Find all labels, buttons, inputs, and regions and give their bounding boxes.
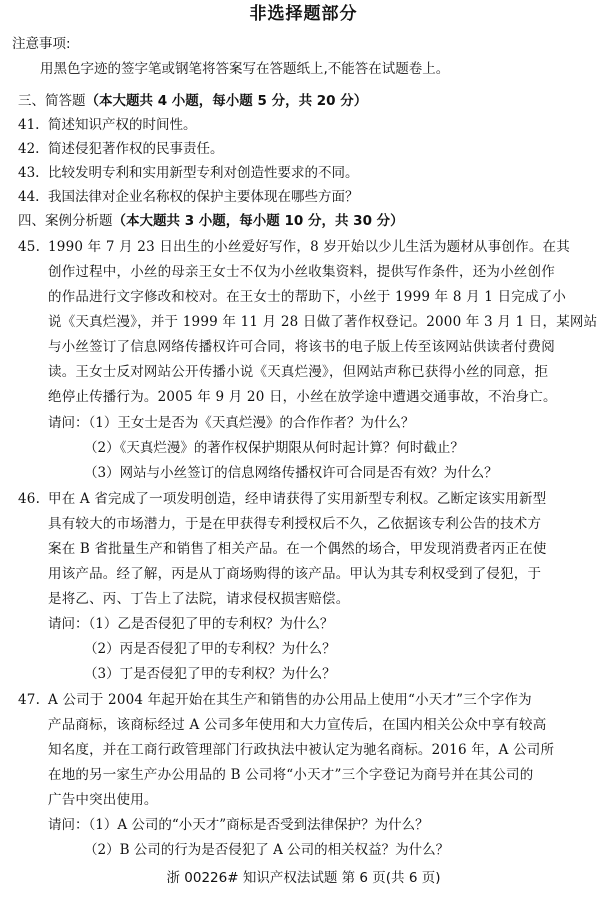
question-44: 44.我国法律对企业名称权的保护主要体现在哪些方面？: [18, 186, 359, 208]
sub-question-text: （1）王女士是否为《天真烂漫》的合作作者？为什么？: [89, 415, 415, 431]
sub-question-2: （2）B 公司的行为是否侵犯了 A 公司的相关权益？为什么？: [84, 839, 449, 861]
question-text: 简述侵犯著作权的民事责任。: [48, 141, 224, 157]
question-42: 42.简述侵犯著作权的民事责任。: [18, 138, 224, 160]
sub-question-3: （3）网站与小丝签订的信息网络传播权许可合同是否有效？为什么？: [84, 462, 498, 484]
question-line: 创作过程中，小丝的母亲王女士不仅为小丝收集资料，提供写作条件，还为小丝创作: [48, 261, 555, 283]
section-note: （本大题共 3 小题，每小题 10 分，共 30 分）: [113, 213, 404, 229]
question-text: 简述知识产权的时间性。: [48, 117, 197, 133]
sub-question-text: （1）乙是否侵犯了甲的专利权？为什么？: [89, 616, 334, 632]
question-47: 47.A 公司于 2004 年起开始在其生产和销售的办公用品上使用“小天才”三个…: [18, 689, 532, 711]
question-number: 46.: [18, 488, 48, 510]
question-line: 说《天真烂漫》，并于 1999 年 11 月 28 日做了著作权登记。2000 …: [48, 311, 597, 333]
question-41: 41.简述知识产权的时间性。: [18, 114, 197, 136]
question-45: 45.1990 年 7 月 23 日出生的小丝爱好写作，8 岁开始以少儿生活为题…: [18, 236, 570, 258]
question-line: 读。王女士反对网站公开传播小说《天真烂漫》，但网站声称已获得小丝的同意，拒: [48, 361, 548, 383]
ask-label: 请问：: [48, 616, 89, 632]
page-title: 非选择题部分: [0, 2, 607, 26]
question-line: 案在 B 省批量生产和销售了相关产品。在一个偶然的场合，甲发现消费者丙正在使: [48, 538, 547, 560]
question-line: 知名度，并在工商行政管理部门行政执法中被认定为驰名商标。2016 年，A 公司所: [48, 739, 554, 761]
section-short-answer-heading: 三、简答题（本大题共 4 小题，每小题 5 分，共 20 分）: [18, 90, 367, 112]
ask-label: 请问：: [48, 415, 89, 431]
sub-question-3: （3）丁是否侵犯了甲的专利权？为什么？: [84, 663, 336, 685]
question-number: 45.: [18, 236, 48, 258]
question-number: 41.: [18, 114, 48, 136]
section-note: （本大题共 4 小题，每小题 5 分，共 20 分）: [86, 93, 368, 109]
question-line: 用该产品。经了解，丙是从丁商场购得的该产品。甲认为其专利权受到了侵犯，于: [48, 563, 541, 585]
sub-question-2: （2）《天真烂漫》的著作权保护期限从何时起计算？何时截止？: [84, 437, 464, 459]
question-number: 43.: [18, 162, 48, 184]
question-line: 具有较大的市场潜力，于是在甲获得专利授权后不久，乙依据该专利公告的技术方: [48, 513, 541, 535]
sub-question-1: 请问：（1）A 公司的“小天才”商标是否受到法律保护？为什么？: [48, 814, 429, 836]
question-line: 1990 年 7 月 23 日出生的小丝爱好写作，8 岁开始以少儿生活为题材从事…: [48, 239, 570, 255]
question-number: 47.: [18, 689, 48, 711]
sub-question-1: 请问：（1）乙是否侵犯了甲的专利权？为什么？: [48, 613, 333, 635]
sub-question-text: （1）A 公司的“小天才”商标是否受到法律保护？为什么？: [89, 817, 429, 833]
sub-question-1: 请问：（1）王女士是否为《天真烂漫》的合作作者？为什么？: [48, 412, 414, 434]
question-46: 46.甲在 A 省完成了一项发明创造，经申请获得了实用新型专利权。乙断定该实用新…: [18, 488, 546, 510]
question-number: 44.: [18, 186, 48, 208]
question-line: 绝停止传播行为。2005 年 9 月 20 日，小丝在放学途中遭遇交通事故，不治…: [48, 386, 557, 408]
section-label: 四、案例分析题: [18, 213, 113, 229]
notice-label: 注意事项:: [12, 34, 71, 54]
sub-question-2: （2）丙是否侵犯了甲的专利权？为什么？: [84, 638, 336, 660]
ask-label: 请问：: [48, 817, 89, 833]
question-number: 42.: [18, 138, 48, 160]
question-line: 与小丝签订了信息网络传播权许可合同，将该书的电子版上传至该网站供读者付费阅: [48, 336, 555, 358]
section-label: 三、简答题: [18, 93, 86, 109]
question-text: 比较发明专利和实用新型专利对创造性要求的不同。: [48, 165, 359, 181]
question-line: 广告中突出使用。: [48, 789, 158, 811]
question-line: 的作品进行文字修改和校对。在王女士的帮助下，小丝于 1999 年 8 月 1 日…: [48, 286, 566, 308]
page-footer: 浙 00226# 知识产权法试题 第 6 页(共 6 页): [0, 868, 607, 888]
question-line: 产品商标，该商标经过 A 公司多年使用和大力宣传后，在国内相关公众中享有较高: [48, 714, 546, 736]
section-case-analysis-heading: 四、案例分析题（本大题共 3 小题，每小题 10 分，共 30 分）: [18, 210, 404, 232]
question-43: 43.比较发明专利和实用新型专利对创造性要求的不同。: [18, 162, 359, 184]
exam-page: 非选择题部分 注意事项: 用黑色字迹的签字笔或钢笔将答案写在答题纸上,不能答在试…: [0, 0, 607, 897]
question-line: 在地的另一家生产办公用品的 B 公司将“小天才”三个字登记为商号并在其公司的: [48, 764, 533, 786]
question-text: 我国法律对企业名称权的保护主要体现在哪些方面？: [48, 189, 359, 205]
question-line: 是将乙、丙、丁告上了法院，请求侵权损害赔偿。: [48, 588, 349, 610]
notice-text: 用黑色字迹的签字笔或钢笔将答案写在答题纸上,不能答在试题卷上。: [40, 59, 449, 79]
question-line: 甲在 A 省完成了一项发明创造，经申请获得了实用新型专利权。乙断定该实用新型: [48, 491, 546, 507]
question-line: A 公司于 2004 年起开始在其生产和销售的办公用品上使用“小天才”三个字作为: [48, 692, 532, 708]
